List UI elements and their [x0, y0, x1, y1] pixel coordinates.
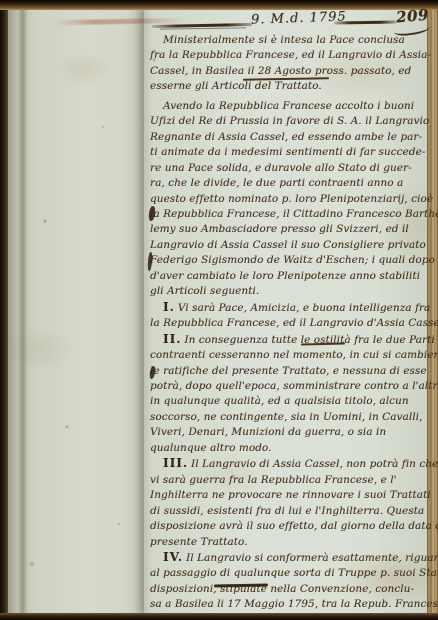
- manuscript-line: Regnante di Assia Cassel, ed essendo amb…: [150, 130, 426, 145]
- line-text: soccorso, ne contingente, sia in Uomini,…: [150, 411, 422, 423]
- line-text: ra, che le divide, le due parti contraen…: [150, 177, 403, 189]
- manuscript-line: di sussidi, esistenti fra di lui e l'Ing…: [150, 504, 426, 519]
- line-text: le ratifiche del presente Trattato, e ne…: [150, 365, 427, 377]
- manuscript-line: contraenti cesseranno nel momento, in cu…: [150, 348, 426, 363]
- line-text: Ministerialmente si è intesa la Pace con…: [163, 34, 405, 46]
- book-bottom-edge: [0, 613, 438, 620]
- manuscript-line: la Repubblica Francese, il Cittadino Fra…: [150, 207, 426, 222]
- line-text: qualunque altro modo.: [150, 442, 272, 454]
- binding-gutter-shadow: [18, 9, 28, 613]
- line-text: Regnante di Assia Cassel, ed essendo amb…: [150, 131, 422, 143]
- manuscript-line: qualunque altro modo.: [150, 441, 426, 456]
- manuscript-scan: 9. M.d. 1795 209 Ministerialmente si è i…: [0, 0, 438, 620]
- manuscript-line: d'aver cambiato le loro Plenipotenze ann…: [150, 269, 426, 284]
- line-text: gli Articoli seguenti.: [150, 285, 259, 297]
- manuscript-line: III.Il Langravio di Assia Cassel, non po…: [150, 456, 426, 472]
- manuscript-line: gli Articoli seguenti.: [150, 284, 426, 299]
- line-text: Avendo la Repubblica Francese accolto i …: [163, 100, 414, 112]
- line-text: lemy suo Ambasciadore presso gli Svizzer…: [150, 223, 409, 235]
- manuscript-line: disposizione avrà il suo effetto, dal gi…: [150, 519, 426, 534]
- manuscript-line: le ratifiche del presente Trattato, e ne…: [150, 364, 426, 379]
- manuscript-line: disposizioni, stipulate nella Convenzion…: [150, 582, 426, 597]
- line-text: Il Langravio di Assia Cassel, non potrà …: [191, 458, 438, 470]
- line-text: Federigo Sigismondo de Waitz d'Eschen; i…: [150, 254, 435, 266]
- line-text: presente Trattato.: [150, 536, 248, 548]
- manuscript-line: re una Pace solida, e duravole allo Stat…: [150, 161, 426, 176]
- line-text: d'aver cambiato le loro Plenipotenze ann…: [150, 270, 420, 282]
- line-text: Ufizi del Re di Prussia in favore di S. …: [150, 115, 429, 127]
- line-text: questo effetto nominato p. loro Plenipot…: [150, 193, 433, 205]
- manuscript-line: vi sarà guerra fra la Repubblica Frances…: [150, 473, 426, 488]
- line-text: Il Langravio si conformerà esattamente, …: [186, 552, 438, 564]
- manuscript-line: Inghilterra ne provocare ne rinnovare i …: [150, 488, 426, 503]
- line-text: ti animate da i medesimi sentimenti di f…: [150, 146, 425, 158]
- book-top-edge: [0, 0, 438, 10]
- manuscript-line: fra la Repubblica Francese, ed il Langra…: [150, 48, 426, 63]
- line-text: in qualunque qualità, ed a qualsisia tit…: [150, 395, 409, 407]
- manuscript-line: presente Trattato.: [150, 535, 426, 550]
- article-numeral: III.: [163, 456, 188, 470]
- line-text: sa a Basilea li 17 Maggio 1795, tra la R…: [150, 598, 438, 610]
- manuscript-line: Avendo la Repubblica Francese accolto i …: [150, 99, 426, 114]
- line-text: Cassel, in Basilea il 28 Agosto pross. p…: [150, 65, 411, 77]
- manuscript-line: al passaggio di qualunque sorta di Trupp…: [150, 566, 426, 581]
- article-numeral: IV.: [163, 550, 183, 564]
- manuscript-line: sa a Basilea li 17 Maggio 1795, tra la R…: [150, 597, 426, 612]
- manuscript-line: I.Vi sarà Pace, Amicizia, e buona intell…: [150, 300, 426, 316]
- line-text: fra la Repubblica Francese, ed il Langra…: [150, 49, 431, 61]
- manuscript-line: Langravio di Assia Cassel il suo Consigl…: [150, 238, 426, 253]
- manuscript-line: la Repubblica Francese, ed il Langravio …: [150, 316, 426, 331]
- manuscript-line: lemy suo Ambasciadore presso gli Svizzer…: [150, 222, 426, 237]
- manuscript-line: Viveri, Denari, Munizioni da guerra, o s…: [150, 425, 426, 440]
- line-text: la Repubblica Francese, ed il Langravio …: [150, 317, 438, 329]
- manuscript-line: Federigo Sigismondo de Waitz d'Eschen; i…: [150, 253, 426, 268]
- manuscript-line: in qualunque qualità, ed a qualsisia tit…: [150, 394, 426, 409]
- article-numeral: II.: [163, 332, 181, 346]
- article-numeral: I.: [163, 300, 175, 314]
- line-text: Vi sarà Pace, Amicizia, e buona intellig…: [178, 302, 430, 314]
- line-text: esserne gli Articoli del Trattato.: [150, 80, 322, 92]
- line-text: vi sarà guerra fra la Repubblica Frances…: [150, 474, 397, 486]
- line-text: re una Pace solida, e duravole allo Stat…: [150, 162, 412, 174]
- line-text: disposizioni, stipulate nella Convenzion…: [150, 583, 414, 595]
- line-text: di sussidi, esistenti fra di lui e l'Ing…: [150, 505, 424, 517]
- line-text: Langravio di Assia Cassel il suo Consigl…: [150, 239, 426, 251]
- manuscript-line: Ministerialmente si è intesa la Pace con…: [150, 33, 426, 48]
- manuscript-line: IV.Il Langravio si conformerà esattament…: [150, 550, 426, 566]
- manuscript-line: esserne gli Articoli del Trattato.: [150, 79, 426, 94]
- manuscript-line: ti animate da i medesimi sentimenti di f…: [150, 145, 426, 160]
- manuscript-line: soccorso, ne contingente, sia in Uomini,…: [150, 410, 426, 425]
- line-text: al passaggio di qualunque sorta di Trupp…: [150, 567, 438, 579]
- book-binding-edge: [0, 0, 8, 620]
- manuscript-text: Ministerialmente si è intesa la Pace con…: [150, 33, 426, 613]
- manuscript-line: questo effetto nominato p. loro Plenipot…: [150, 192, 426, 207]
- manuscript-line: ra, che le divide, le due parti contraen…: [150, 176, 426, 191]
- manuscript-line: potrà, dopo quell'epoca, somministrare c…: [150, 379, 426, 394]
- line-text: contraenti cesseranno nel momento, in cu…: [150, 349, 438, 361]
- line-text: potrà, dopo quell'epoca, somministrare c…: [150, 380, 438, 392]
- manuscript-line: Ufizi del Re di Prussia in favore di S. …: [150, 114, 426, 129]
- line-text: Viveri, Denari, Munizioni da guerra, o s…: [150, 426, 386, 438]
- line-text: la Repubblica Francese, il Cittadino Fra…: [150, 208, 438, 220]
- manuscript-line: II.In conseguenza tutte le ostilità fra …: [150, 332, 426, 348]
- line-text: disposizione avrà il suo effetto, dal gi…: [150, 520, 438, 532]
- line-text: Inghilterra ne provocare ne rinnovare i …: [150, 489, 431, 501]
